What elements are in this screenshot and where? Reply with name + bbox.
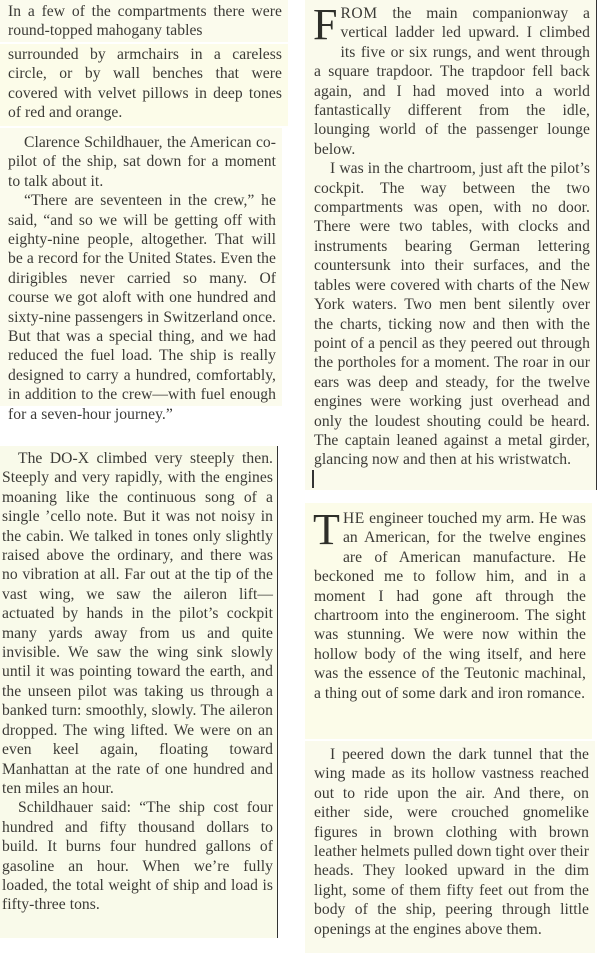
lead-in: HE: [343, 510, 365, 527]
margin-rule: [312, 470, 314, 488]
right-block-1: FROM the main companionway a vertical la…: [305, 0, 597, 490]
paragraph: “There are seventeen in the crew,” he sa…: [8, 191, 276, 424]
paragraph: Clarence Schildhauer, the American co-pi…: [8, 133, 276, 191]
right-block-3: I peered down the dark tunnel that the w…: [305, 741, 595, 953]
left-block-1: In a few of the compartments there were …: [0, 0, 288, 42]
dropcap-letter: F: [313, 7, 338, 43]
paragraph: surrounded by armchairs in a careless ci…: [8, 45, 282, 123]
lead-in: ROM: [341, 5, 378, 22]
paragraph: I was in the chartroom, just aft the pil…: [314, 159, 590, 470]
paragraph: In a few of the compartments there were …: [8, 2, 282, 41]
right-block-2: THE engineer touched my arm. He was an A…: [305, 503, 592, 739]
paragraph: I peered down the dark tunnel that the w…: [314, 745, 589, 939]
paragraph: The DO-X climbed very steeply then. Stee…: [2, 449, 273, 798]
left-block-3: Clarence Schildhauer, the American co-pi…: [0, 128, 282, 406]
paragraph: THE engineer touched my arm. He was an A…: [314, 509, 586, 703]
paragraph: Schildhauer said: “The ship cost four hu…: [2, 798, 273, 914]
paragraph: FROM the main companionway a vertical la…: [314, 4, 590, 159]
paragraph-text: the main companionway a vertical ladder …: [314, 5, 590, 158]
paragraph-text: engineer touched my arm. He was an Ameri…: [314, 510, 586, 702]
left-block-2: surrounded by armchairs in a careless ci…: [0, 44, 288, 126]
dropcap-letter: T: [313, 512, 340, 548]
left-block-4: The DO-X climbed very steeply then. Stee…: [0, 446, 278, 938]
